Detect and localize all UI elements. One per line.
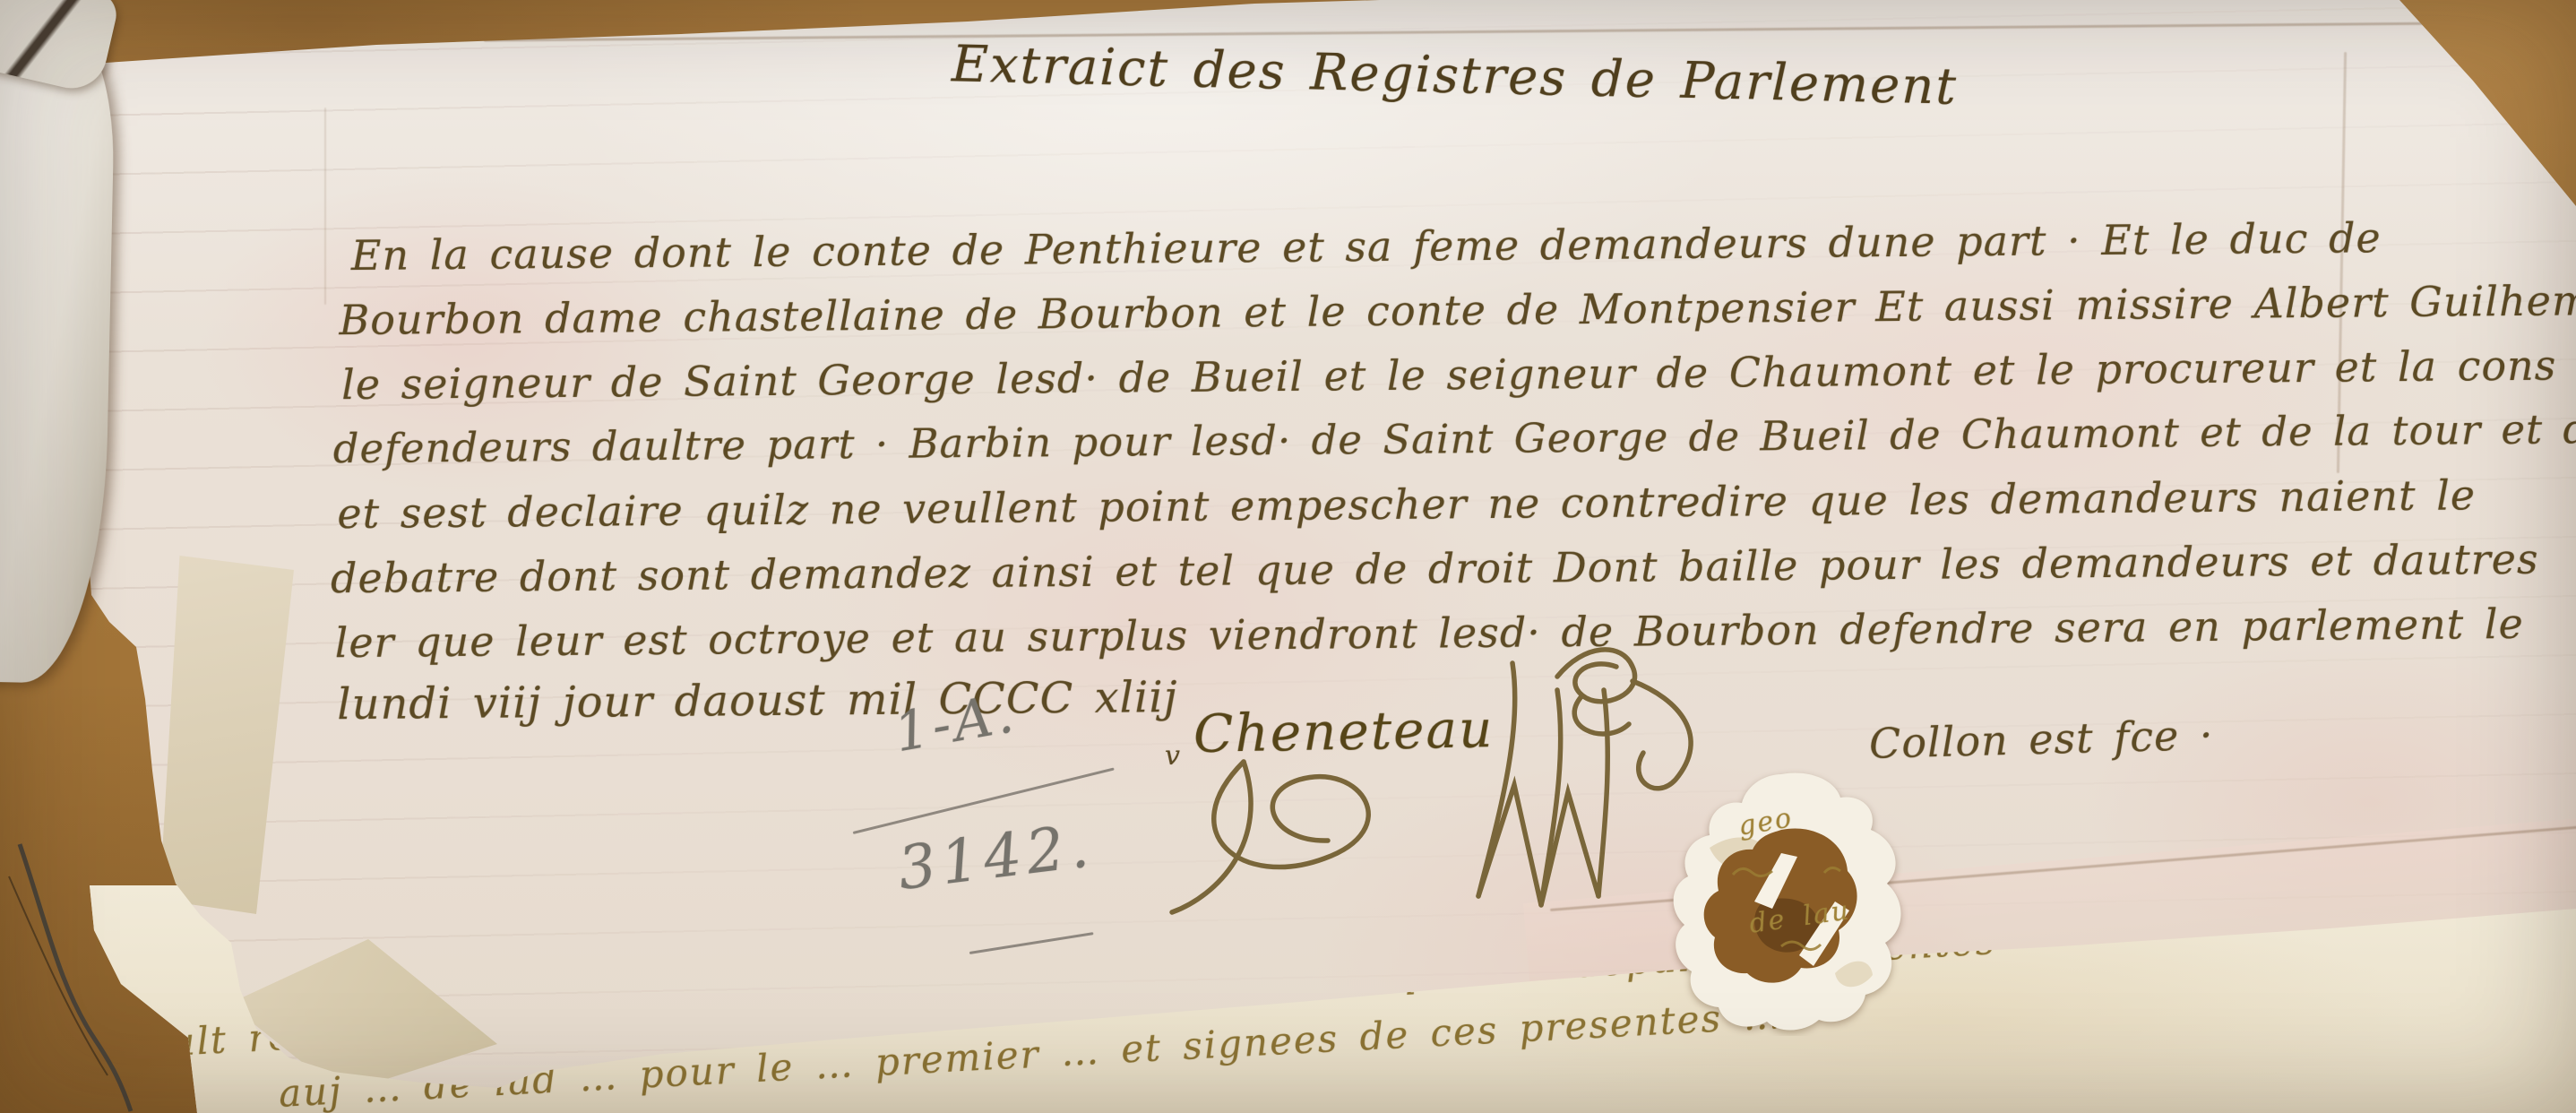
- parchment-hole-graphic: [1647, 767, 1935, 1036]
- manuscript-line: le seigneur de Saint George lesd· de Bue…: [341, 341, 2557, 410]
- signature-mark: v: [1165, 740, 1181, 772]
- manuscript-line: Bourbon dame chastellaine de Bourbon et …: [339, 276, 2576, 344]
- manuscript-line: et sest declaire quilz ne veullent point…: [337, 470, 2476, 538]
- manuscript-date-line: lundi viij jour daoust mil CCCC xliij: [337, 672, 1178, 729]
- manuscript-line: En la cause dont le conte de Penthieure …: [351, 213, 2382, 280]
- archival-photo: par vertu des generacions juges en … …au…: [0, 0, 2576, 1113]
- manuscript-line: debatre dont sont demandez ainsi et tel …: [331, 535, 2539, 603]
- clerk-signature: Cheneteau: [1193, 698, 1494, 764]
- collation-note: Collon est fce ·: [1868, 711, 2214, 768]
- manuscript-line: defendeurs daultre part · Barbin pour le…: [333, 405, 2576, 472]
